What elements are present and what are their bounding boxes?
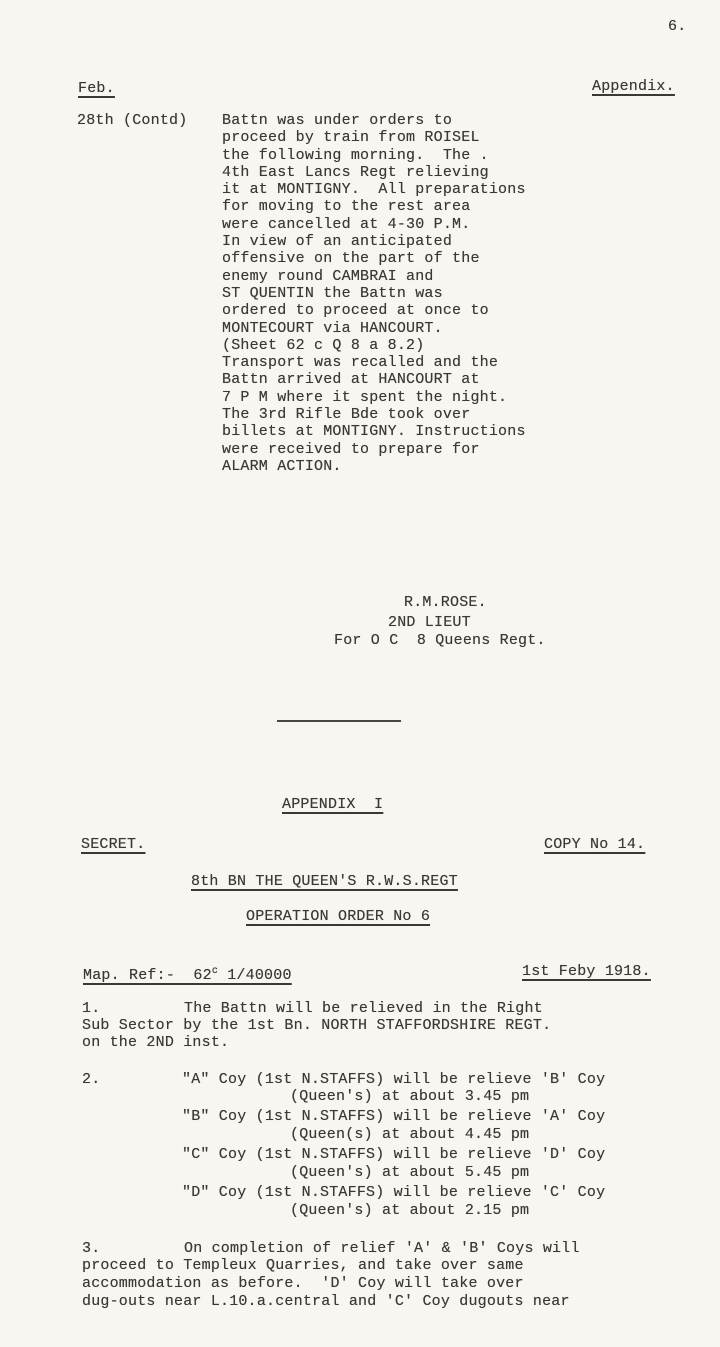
entry-line: ordered to proceed at once to bbox=[222, 302, 526, 319]
entry-line: The 3rd Rifle Bde took over bbox=[222, 406, 526, 423]
entry-line: MONTECOURT via HANCOURT. bbox=[222, 320, 526, 337]
entry-line: offensive on the part of the bbox=[222, 250, 526, 267]
para-1-number: 1. bbox=[82, 1000, 100, 1017]
signature-name: R.M.ROSE. bbox=[404, 594, 487, 611]
relief-time: (Queen's) at about 2.15 pm bbox=[290, 1202, 529, 1219]
relief-line: "A" Coy (1st N.STAFFS) will be relieve '… bbox=[182, 1071, 605, 1088]
entry-line: enemy round CAMBRAI and bbox=[222, 268, 526, 285]
relief-time: (Queen's) at about 5.45 pm bbox=[290, 1164, 529, 1181]
entry-line: were cancelled at 4-30 P.M. bbox=[222, 216, 526, 233]
map-reference: Map. Ref:- 62c 1/40000 bbox=[83, 963, 292, 984]
entry-line: billets at MONTIGNY. Instructions bbox=[222, 423, 526, 440]
unit-title: 8th BN THE QUEEN'S R.W.S.REGT bbox=[191, 873, 458, 890]
relief-line: "C" Coy (1st N.STAFFS) will be relieve '… bbox=[182, 1146, 605, 1163]
para-3-line: accommodation as before. 'D' Coy will ta… bbox=[82, 1275, 524, 1292]
para-2-number: 2. bbox=[82, 1071, 100, 1088]
entry-line: proceed by train from ROISEL bbox=[222, 129, 526, 146]
para-1-line: on the 2ND inst. bbox=[82, 1034, 229, 1051]
entry-line: 7 P M where it spent the night. bbox=[222, 389, 526, 406]
appendix-title: APPENDIX I bbox=[282, 796, 383, 813]
entry-date: 28th (Contd) bbox=[77, 112, 187, 129]
entry-line: were received to prepare for bbox=[222, 441, 526, 458]
entry-line: Battn was under orders to bbox=[222, 112, 526, 129]
signature-rank: 2ND LIEUT bbox=[388, 614, 471, 631]
entry-line: ALARM ACTION. bbox=[222, 458, 526, 475]
entry-line: 4th East Lancs Regt relieving bbox=[222, 164, 526, 181]
entry-line: Battn arrived at HANCOURT at bbox=[222, 371, 526, 388]
section-divider bbox=[277, 720, 401, 722]
page-number: 6. bbox=[668, 18, 686, 35]
entry-line: it at MONTIGNY. All preparations bbox=[222, 181, 526, 198]
entry-line: (Sheet 62 c Q 8 a 8.2) bbox=[222, 337, 526, 354]
relief-line: "D" Coy (1st N.STAFFS) will be relieve '… bbox=[182, 1184, 605, 1201]
relief-time: (Queen(s) at about 4.45 pm bbox=[290, 1126, 529, 1143]
relief-time: (Queen's) at about 3.45 pm bbox=[290, 1088, 529, 1105]
operation-order-title: OPERATION ORDER No 6 bbox=[246, 908, 430, 925]
document-page: 6. Feb. Appendix. 28th (Contd) Battn was… bbox=[0, 0, 720, 1347]
month-heading: Feb. bbox=[78, 80, 115, 97]
para-1-line: The Battn will be relieved in the Right bbox=[184, 1000, 543, 1017]
order-date: 1st Feby 1918. bbox=[522, 963, 651, 980]
classification: SECRET. bbox=[81, 836, 145, 853]
entry-line: the following morning. The . bbox=[222, 147, 526, 164]
entry-line: ST QUENTIN the Battn was bbox=[222, 285, 526, 302]
signature-for: For O C 8 Queens Regt. bbox=[334, 632, 546, 649]
para-3-line: dug-outs near L.10.a.central and 'C' Coy… bbox=[82, 1293, 570, 1310]
copy-number: COPY No 14. bbox=[544, 836, 645, 853]
relief-line: "B" Coy (1st N.STAFFS) will be relieve '… bbox=[182, 1108, 605, 1125]
para-3-line: On completion of relief 'A' & 'B' Coys w… bbox=[184, 1240, 580, 1257]
entry-line: In view of an anticipated bbox=[222, 233, 526, 250]
para-3-number: 3. bbox=[82, 1240, 100, 1257]
entry-line: Transport was recalled and the bbox=[222, 354, 526, 371]
appendix-heading: Appendix. bbox=[592, 78, 675, 95]
para-1-line: Sub Sector by the 1st Bn. NORTH STAFFORD… bbox=[82, 1017, 551, 1034]
entry-line: for moving to the rest area bbox=[222, 198, 526, 215]
diary-entry-text: Battn was under orders to proceed by tra… bbox=[222, 112, 526, 475]
para-3-line: proceed to Templeux Quarries, and take o… bbox=[82, 1257, 524, 1274]
